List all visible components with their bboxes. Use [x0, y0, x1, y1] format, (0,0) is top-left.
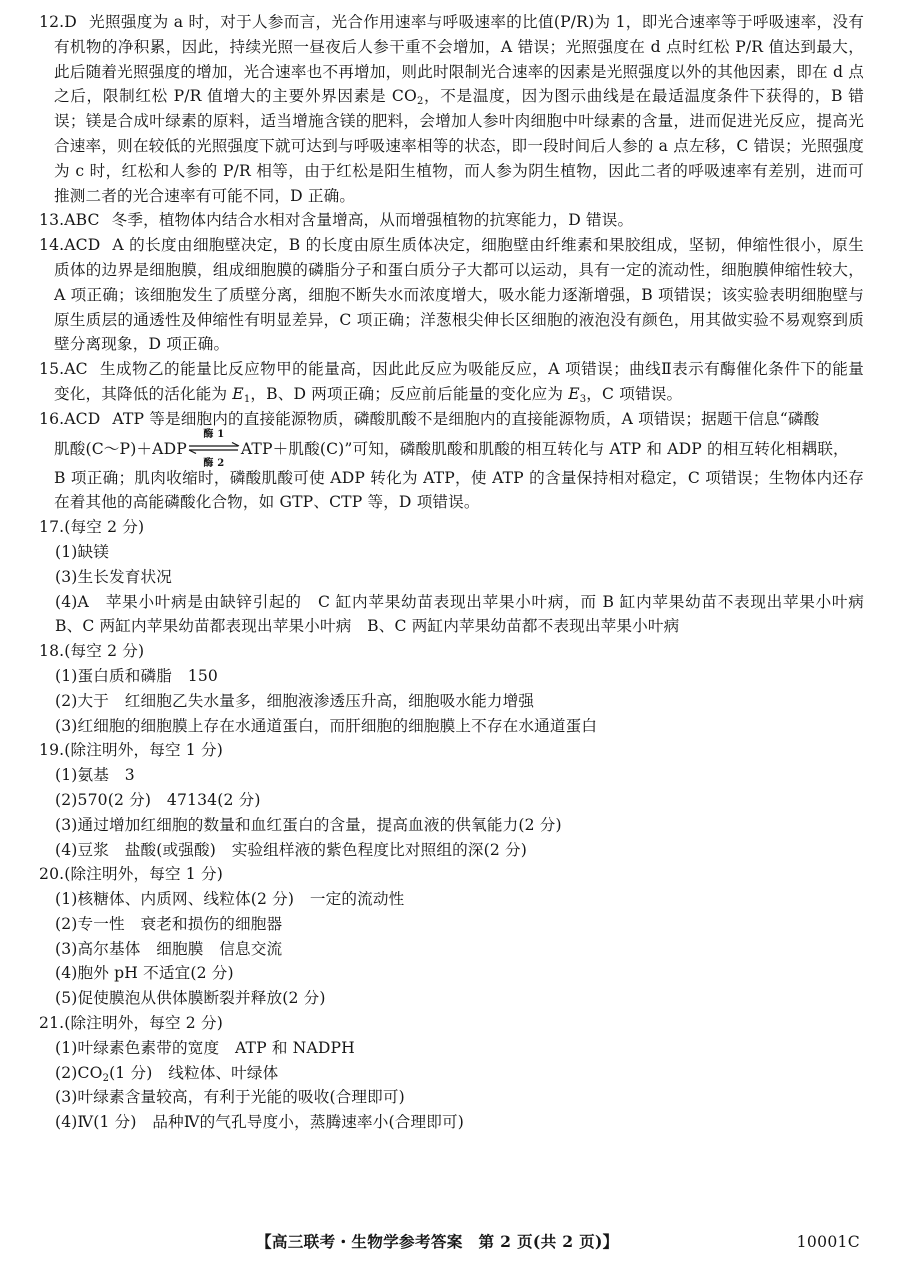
fill-in-item: (2)大于 红细胞乙失水量多，细胞液渗透压升高，细胞吸水能力增强: [39, 689, 864, 714]
fill-in-18: 18.(每空 2 分) (1)蛋白质和磷脂 150 (2)大于 红细胞乙失水量多…: [39, 639, 864, 738]
answer-14: 14.ACDA 的长度由细胞壁决定，B 的长度由原生质体决定，细胞壁由纤维素和果…: [39, 233, 864, 357]
question-number: 12.: [39, 13, 64, 31]
answer-choice: ACD: [64, 410, 100, 428]
fill-in-item: (2)CO2(1 分) 线粒体、叶绿体: [39, 1061, 864, 1086]
scoring-note: (除注明外，每空 2 分): [64, 1014, 223, 1032]
scoring-note: (每空 2 分): [64, 518, 144, 536]
energy-symbol: E: [232, 385, 244, 403]
fill-in-item: (4)Ⅳ(1 分) 品种Ⅳ的气孔导度小，蒸腾速率小(合理即可): [39, 1110, 864, 1135]
fill-in-item: (2)专一性 衰老和损伤的细胞器: [39, 912, 864, 937]
reversible-reaction-arrow: 酶 1酶 2: [188, 433, 240, 463]
scoring-note: (除注明外，每空 1 分): [64, 865, 223, 883]
explanation-text: A 的长度由细胞壁决定，B 的长度由原生质体决定，细胞壁由纤维素和果胶组成，坚韧…: [54, 236, 864, 353]
fill-in-header: 21.(除注明外，每空 2 分): [39, 1011, 864, 1036]
fill-in-header: 20.(除注明外，每空 1 分): [39, 862, 864, 887]
fill-in-item: (1)核糖体、内质网、线粒体(2 分) 一定的流动性: [39, 887, 864, 912]
fill-in-17: 17.(每空 2 分) (1)缺镁 (3)生长发育状况 (4)A 苹果小叶病是由…: [39, 515, 864, 639]
fill-in-item: (1)氨基 3: [39, 763, 864, 788]
fill-in-item: (3)通过增加红细胞的数量和血红蛋白的含量，提高血液的供氧能力(2 分): [39, 813, 864, 838]
answer-12: 12.D光照强度为 a 时，对于人参而言，光合作用速率与呼吸速率的比值(P/R)…: [39, 10, 864, 208]
answer-key-page: 12.D光照强度为 a 时，对于人参而言，光合作用速率与呼吸速率的比值(P/R)…: [0, 0, 900, 1272]
enzyme-2-label: 酶 2: [188, 458, 240, 469]
question-number: 18.: [39, 642, 64, 660]
explanation-text: 冬季，植物体内结合水相对含量增高，从而增强植物的抗寒能力，D 错误。: [112, 211, 634, 229]
fill-in-text: (2)CO: [55, 1064, 103, 1082]
fill-in-header: 18.(每空 2 分): [39, 639, 864, 664]
fill-in-header: 17.(每空 2 分): [39, 515, 864, 540]
question-number: 16.: [39, 410, 64, 428]
formula-right: ATP＋肌酸(C)”可知，磷酸肌酸和肌酸的相互转化与 ATP 和 ADP 的相互…: [241, 440, 849, 458]
energy-symbol: E: [568, 385, 580, 403]
formula-left: 肌酸(C～P)＋ADP: [54, 440, 187, 458]
fill-in-item: (3)高尔基体 细胞膜 信息交流: [39, 937, 864, 962]
scoring-note: (每空 2 分): [64, 642, 144, 660]
question-number: 17.: [39, 518, 64, 536]
question-number: 20.: [39, 865, 64, 883]
enzyme-1-label: 酶 1: [188, 429, 240, 440]
question-number: 19.: [39, 741, 64, 759]
answer-15: 15.AC生成物乙的能量比反应物甲的能量高，因此此反应为吸能反应，A 项错误；曲…: [39, 357, 864, 407]
fill-in-item: (1)缺镁: [39, 540, 864, 565]
fill-in-item: (1)蛋白质和磷脂 150: [39, 664, 864, 689]
fill-in-21: 21.(除注明外，每空 2 分) (1)叶绿素色素带的宽度 ATP 和 NADP…: [39, 1011, 864, 1135]
fill-in-20: 20.(除注明外，每空 1 分) (1)核糖体、内质网、线粒体(2 分) 一定的…: [39, 862, 864, 1011]
question-number: 13.: [39, 211, 64, 229]
fill-in-text: (1 分) 线粒体、叶绿体: [109, 1064, 278, 1082]
fill-in-header: 19.(除注明外，每空 1 分): [39, 738, 864, 763]
reaction-formula-line: 肌酸(C～P)＋ADP酶 1酶 2ATP＋肌酸(C)”可知，磷酸肌酸和肌酸的相互…: [39, 432, 864, 466]
fill-in-item: (3)叶绿素含量较高，有利于光能的吸收(合理即可): [39, 1085, 864, 1110]
explanation-text: ，B、D 两项正确；反应前后能量的变化应为: [250, 385, 568, 403]
fill-in-19: 19.(除注明外，每空 1 分) (1)氨基 3 (2)570(2 分) 471…: [39, 738, 864, 862]
answer-16-continued: B 项正确；肌肉收缩时，磷酸肌酸可使 ADP 转化为 ATP，使 ATP 的含量…: [39, 466, 864, 516]
question-number: 21.: [39, 1014, 64, 1032]
explanation-text: ，C 项错误。: [586, 385, 682, 403]
answer-choice: ABC: [64, 211, 99, 229]
answer-choice: AC: [64, 360, 88, 378]
answer-13: 13.ABC冬季，植物体内结合水相对含量增高，从而增强植物的抗寒能力，D 错误。: [39, 208, 864, 233]
fill-in-item: (5)促使膜泡从供体膜断裂并释放(2 分): [39, 986, 864, 1011]
answer-choice: D: [64, 13, 77, 31]
question-number: 14.: [39, 236, 64, 254]
explanation-text: B 项正确；肌肉收缩时，磷酸肌酸可使 ADP 转化为 ATP，使 ATP 的含量…: [54, 469, 864, 512]
question-number: 15.: [39, 360, 64, 378]
fill-in-item: (4)A 苹果小叶病是由缺锌引起的 C 缸内苹果幼苗表现出苹果小叶病，而 B 缸…: [39, 590, 864, 640]
answer-16: 16.ACDATP 等是细胞内的直接能源物质，磷酸肌酸不是细胞内的直接能源物质，…: [39, 407, 864, 432]
equilibrium-arrow-icon: [188, 442, 240, 454]
fill-in-item: (3)生长发育状况: [39, 565, 864, 590]
footer-title: 【高三联考・生物学参考答案 第 2 页(共 2 页)】: [256, 1232, 619, 1252]
document-code: 10001C: [797, 1232, 860, 1252]
explanation-text: ATP 等是细胞内的直接能源物质，磷酸肌酸不是细胞内的直接能源物质，A 项错误；…: [112, 410, 819, 428]
answer-choice: ACD: [64, 236, 100, 254]
fill-in-item: (4)胞外 pH 不适宜(2 分): [39, 961, 864, 986]
fill-in-item: (4)豆浆 盐酸(或强酸) 实验组样液的紫色程度比对照组的深(2 分): [39, 838, 864, 863]
fill-in-item: (3)红细胞的细胞膜上存在水通道蛋白，而肝细胞的细胞膜上不存在水通道蛋白: [39, 714, 864, 739]
fill-in-item: (1)叶绿素色素带的宽度 ATP 和 NADPH: [39, 1036, 864, 1061]
answer-content: 12.D光照强度为 a 时，对于人参而言，光合作用速率与呼吸速率的比值(P/R)…: [39, 10, 864, 1135]
fill-in-item: (2)570(2 分) 47134(2 分): [39, 788, 864, 813]
scoring-note: (除注明外，每空 1 分): [64, 741, 223, 759]
